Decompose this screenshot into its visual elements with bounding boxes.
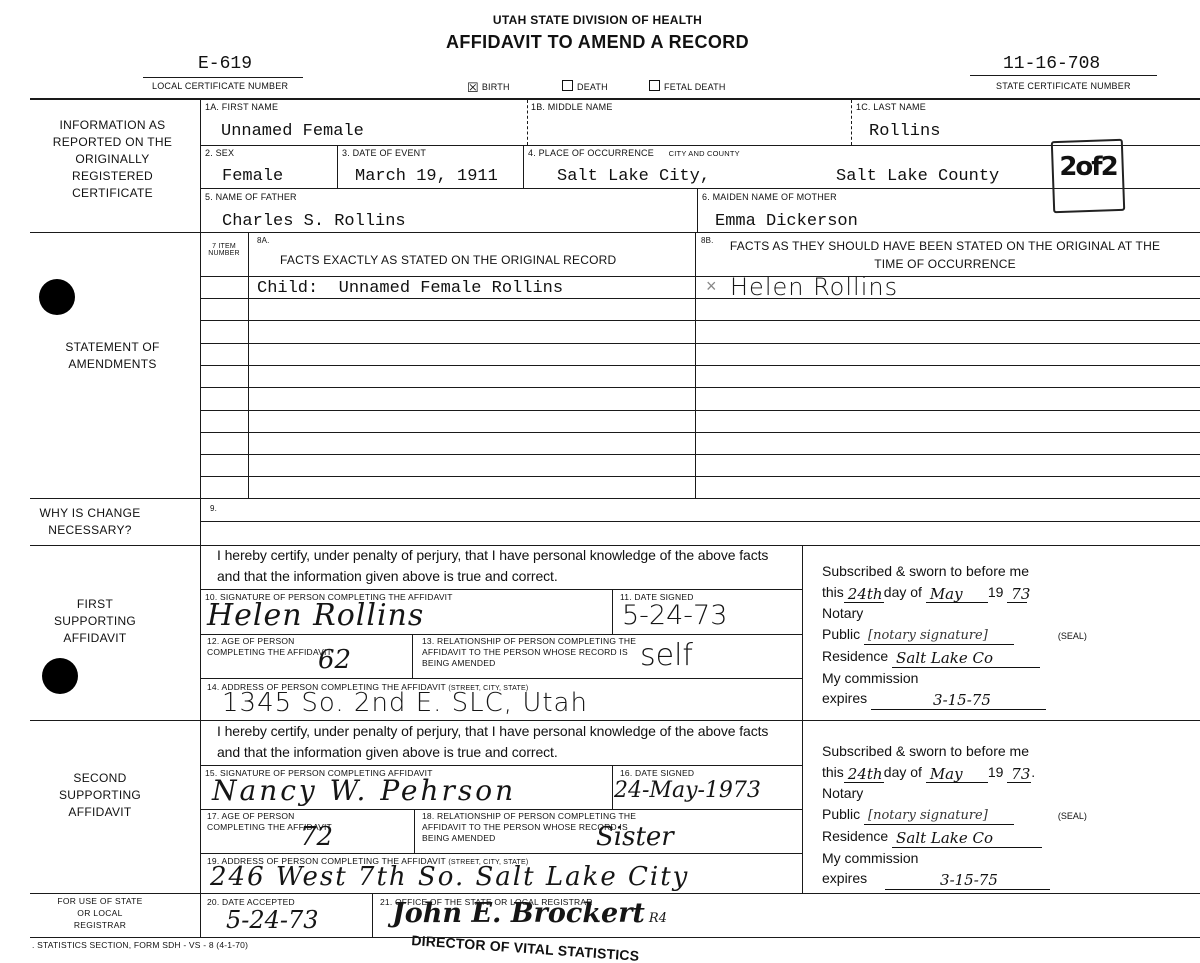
- first-notary-block: Subscribed & sworn to before me this24th…: [822, 561, 1192, 710]
- row-line: [200, 589, 802, 590]
- punch-hole: [42, 658, 78, 694]
- amendment-row-corrected: Helen Rollins: [730, 273, 898, 301]
- punch-hole: [39, 279, 75, 315]
- second-age-value: 72: [300, 822, 333, 852]
- row-line: [200, 476, 1200, 477]
- section-label-first-affidavit: FIRST SUPPORTING AFFIDAVIT: [45, 596, 145, 647]
- notary-year-field: 73: [1007, 762, 1031, 784]
- form-title: AFFIDAVIT TO AMEND A RECORD: [0, 32, 1195, 53]
- second-signature: Nancy W. Pehrson: [212, 774, 516, 807]
- fetal-death-checkbox-icon: [649, 80, 660, 91]
- father-value: Charles S. Rollins: [222, 212, 406, 231]
- agency-name: UTAH STATE DIVISION OF HEALTH: [0, 13, 1195, 27]
- place-label: 4. PLACE OF OCCURRENCE CITY AND COUNTY: [528, 148, 740, 158]
- page-stamp-text: 2of2: [1052, 152, 1124, 182]
- form-top-border: [30, 98, 1200, 100]
- seal-label: (SEAL): [1058, 811, 1087, 821]
- section-divider: [30, 893, 1200, 894]
- row-line: [200, 365, 1200, 366]
- item-number-label: 7 ITEM NUMBER: [203, 243, 245, 257]
- second-notary-block: Subscribed & sworn to before me this24th…: [822, 741, 1192, 890]
- row-line: [200, 298, 1200, 299]
- notary-signature-field: [notary signature]: [864, 804, 1014, 826]
- second-relationship-value: Sister: [596, 822, 674, 852]
- field-divider: [523, 145, 524, 188]
- second-address-value: 246 West 7th So. Salt Lake City: [210, 862, 689, 892]
- field-divider: [414, 809, 415, 853]
- row-line: [200, 432, 1200, 433]
- place-city-value: Salt Lake City,: [557, 167, 710, 186]
- date-accepted-value: 5-24-73: [226, 906, 319, 934]
- first-date-value: 5-24-73: [622, 600, 727, 631]
- row-line: [200, 454, 1200, 455]
- row-line: [200, 320, 1200, 321]
- row-line: [200, 343, 1200, 344]
- date-of-event-label: 3. DATE OF EVENT: [342, 148, 426, 158]
- last-name-value: Rollins: [869, 122, 940, 141]
- second-date-value: 24-May-1973: [614, 778, 761, 803]
- second-date-label: 16. DATE SIGNED: [620, 768, 694, 778]
- row-line: [200, 809, 802, 810]
- row-line: [200, 276, 1200, 277]
- record-type-fetal-death[interactable]: FETAL DEATH: [649, 80, 726, 92]
- middle-name-label: 1B. MIDDLE NAME: [531, 102, 613, 112]
- field-divider: [851, 100, 852, 145]
- amendment-row-original: Child: Unnamed Female Rollins: [257, 279, 563, 298]
- field-divider: [612, 589, 613, 634]
- state-certificate-underline: [970, 75, 1157, 76]
- seal-label: (SEAL): [1058, 631, 1087, 641]
- notary-signature-field: [notary signature]: [864, 624, 1014, 646]
- form-id: . STATISTICS SECTION, FORM SDH - VS - 8 …: [32, 940, 248, 950]
- notary-expires-field: 3-15-75: [885, 868, 1050, 890]
- first-relationship-label: 13. RELATIONSHIP OF PERSON COMPLETING TH…: [422, 636, 647, 669]
- col-b-header: FACTS AS THEY SHOULD HAVE BEEN STATED ON…: [715, 237, 1175, 273]
- notary-year-field: 73: [1007, 582, 1027, 604]
- first-relationship-value: self: [640, 638, 693, 673]
- why-change-num: 9.: [210, 504, 217, 513]
- birth-checked-icon: ☒: [467, 80, 479, 95]
- mother-value: Emma Dickerson: [715, 212, 858, 231]
- state-certificate-number: 11-16-708: [1003, 54, 1100, 74]
- last-name-label: 1C. LAST NAME: [856, 102, 926, 112]
- notary-month-field: May: [926, 762, 988, 784]
- place-county-value: Salt Lake County: [836, 167, 999, 186]
- col-a-num: 8A.: [257, 236, 270, 245]
- row-line: [200, 521, 1200, 522]
- first-certification-text: I hereby certify, under penalty of perju…: [217, 545, 777, 587]
- row-divider: [200, 188, 1200, 189]
- section-label-second-affidavit: SECOND SUPPORTING AFFIDAVIT: [45, 770, 155, 821]
- local-certificate-underline: [143, 77, 303, 78]
- row-line: [200, 634, 802, 635]
- field-divider: [372, 893, 373, 937]
- left-column-divider: [200, 98, 201, 938]
- local-certificate-number: E-619: [198, 54, 252, 74]
- form-bottom-border: [30, 937, 1200, 938]
- section-divider: [30, 498, 1200, 499]
- notary-residence-field: Salt Lake Co: [892, 826, 1042, 848]
- field-divider: [412, 634, 413, 678]
- col-b-num: 8B.: [701, 236, 714, 245]
- row-line: [200, 410, 1200, 411]
- section-label-registrar: FOR USE OF STATE OR LOCAL REGISTRAR: [50, 895, 150, 931]
- section-label-original-info: INFORMATION AS REPORTED ON THE ORIGINALL…: [45, 117, 180, 202]
- field-divider: [697, 188, 698, 232]
- father-label: 5. NAME OF FATHER: [205, 192, 297, 202]
- state-certificate-label: STATE CERTIFICATE NUMBER: [996, 81, 1131, 91]
- section-label-why-change: WHY IS CHANGE NECESSARY?: [30, 505, 150, 539]
- field-divider: [527, 100, 528, 145]
- row-line: [200, 853, 802, 854]
- notary-month-field: May: [926, 582, 988, 604]
- field-divider: [612, 765, 613, 809]
- notary-residence-field: Salt Lake Co: [892, 646, 1040, 668]
- notary-day-field: 24th: [844, 762, 884, 784]
- sex-label: 2. SEX: [205, 148, 234, 158]
- section-label-amendments: STATEMENT OF AMENDMENTS: [45, 339, 180, 373]
- registrar-signature: John E. BrockertR4: [392, 898, 667, 929]
- first-address-value: 1345 So. 2nd E. SLC, Utah: [222, 688, 588, 718]
- local-certificate-label: LOCAL CERTIFICATE NUMBER: [152, 81, 288, 91]
- correction-mark: ×: [706, 276, 717, 297]
- date-of-event-value: March 19, 1911: [355, 167, 498, 186]
- mother-label: 6. MAIDEN NAME OF MOTHER: [702, 192, 837, 202]
- record-type-birth[interactable]: ☒BIRTH: [467, 80, 510, 96]
- notary-col-divider: [802, 545, 803, 893]
- record-type-death[interactable]: DEATH: [562, 80, 608, 92]
- row-line: [200, 387, 1200, 388]
- sex-value: Female: [222, 167, 283, 186]
- field-divider: [337, 145, 338, 188]
- first-name-label: 1A. FIRST NAME: [205, 102, 278, 112]
- section-divider: [30, 232, 1200, 233]
- notary-expires-field: 3-15-75: [871, 688, 1046, 710]
- first-age-value: 62: [318, 645, 351, 675]
- notary-day-field: 24th: [844, 582, 884, 604]
- second-certification-text: I hereby certify, under penalty of perju…: [217, 721, 777, 763]
- row-line: [200, 678, 802, 679]
- first-name-value: Unnamed Female: [221, 122, 364, 141]
- first-signature: Helen Rollins: [207, 598, 424, 633]
- col-a-header: FACTS EXACTLY AS STATED ON THE ORIGINAL …: [280, 253, 616, 267]
- row-line: [200, 765, 802, 766]
- death-checkbox-icon: [562, 80, 573, 91]
